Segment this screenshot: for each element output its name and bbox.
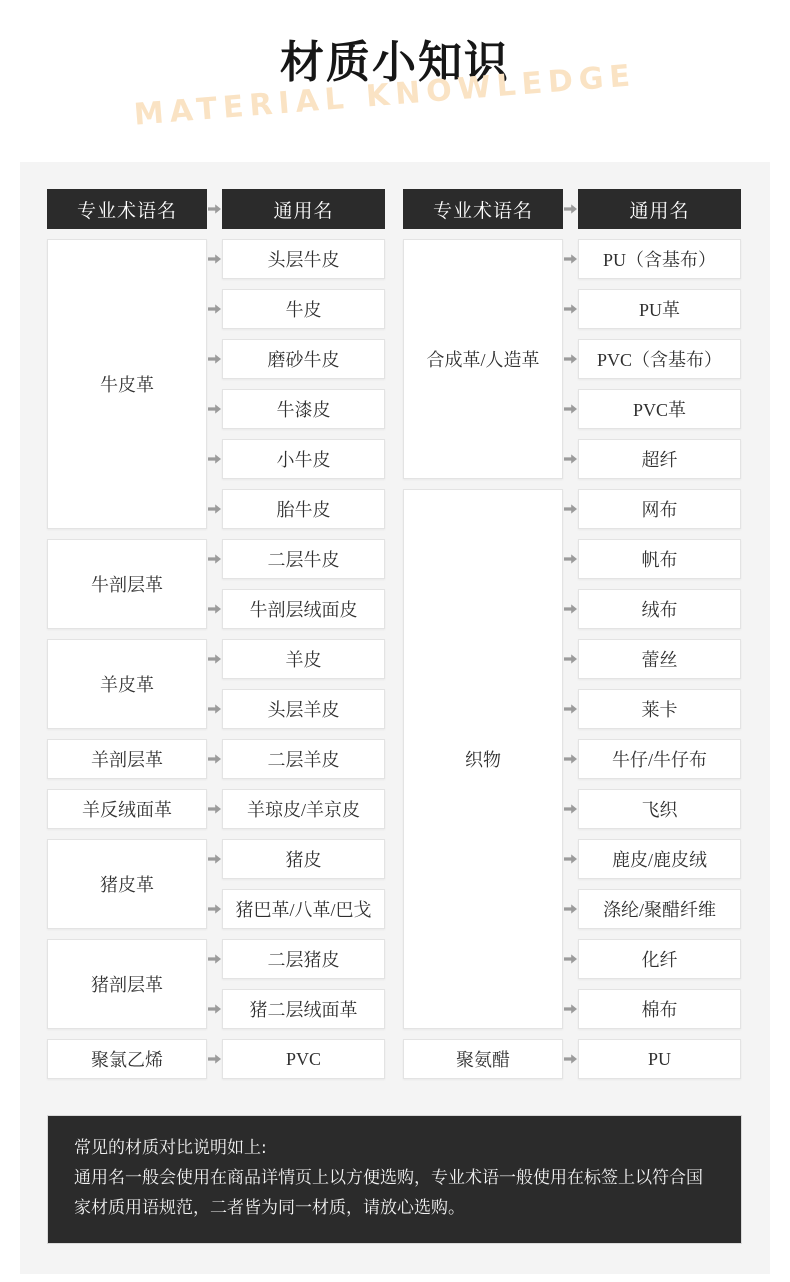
common-names-column: 网布帆布绒布蕾丝莱卡牛仔/牛仔布飞织鹿皮/鹿皮绒涤纶/聚醋纤维化纤棉布 (563, 489, 741, 1029)
arrow-right-icon (563, 1039, 578, 1079)
material-group: 牛剖层革二层牛皮牛剖层绒面皮 (47, 539, 385, 629)
header-term: 专业术语名 (403, 189, 563, 229)
material-group: 牛皮革头层牛皮牛皮磨砂牛皮牛漆皮小牛皮胎牛皮 (47, 239, 385, 529)
arrow-right-icon (564, 654, 577, 664)
arrow-right-icon (208, 804, 221, 814)
arrow-right-icon (564, 204, 577, 214)
arrow-right-icon (208, 1054, 221, 1064)
common-names-column: PU（含基布）PU革PVC（含基布）PVC革超纤 (563, 239, 741, 479)
arrow-right-icon (563, 589, 578, 629)
name-row: 头层羊皮 (207, 689, 385, 729)
common-name-cell: 棉布 (578, 989, 741, 1029)
arrow-right-icon (207, 239, 222, 279)
name-row: 莱卡 (563, 689, 741, 729)
name-row: 胎牛皮 (207, 489, 385, 529)
name-row: 羊皮 (207, 639, 385, 679)
arrow-right-icon (564, 954, 577, 964)
term-cell: 羊反绒面革 (47, 789, 207, 829)
material-group: 织物网布帆布绒布蕾丝莱卡牛仔/牛仔布飞织鹿皮/鹿皮绒涤纶/聚醋纤维化纤棉布 (403, 489, 741, 1029)
name-row: 牛仔/牛仔布 (563, 739, 741, 779)
left-groups: 牛皮革头层牛皮牛皮磨砂牛皮牛漆皮小牛皮胎牛皮牛剖层革二层牛皮牛剖层绒面皮羊皮革羊… (47, 239, 385, 1079)
table-pairs: 专业术语名 通用名 牛皮革头层牛皮牛皮磨砂牛皮牛漆皮小牛皮胎牛皮牛剖层革二层牛皮… (47, 189, 742, 1079)
arrow-right-icon (563, 689, 578, 729)
arrow-right-icon (208, 704, 221, 714)
common-name-cell: 牛皮 (222, 289, 385, 329)
name-row: 化纤 (563, 939, 741, 979)
arrow-right-icon (208, 904, 221, 914)
name-row: 牛漆皮 (207, 389, 385, 429)
term-cell: 聚氨醋 (403, 1039, 563, 1079)
note-line-1: 常见的材质对比说明如上: (74, 1134, 715, 1164)
common-name-cell: 鹿皮/鹿皮绒 (578, 839, 741, 879)
term-cell: 羊剖层革 (47, 739, 207, 779)
arrow-right-icon (563, 989, 578, 1029)
name-row: 磨砂牛皮 (207, 339, 385, 379)
common-name-cell: PVC（含基布） (578, 339, 741, 379)
common-name-cell: 小牛皮 (222, 439, 385, 479)
arrow-right-icon (207, 989, 222, 1029)
common-name-cell: 帆布 (578, 539, 741, 579)
arrow-right-icon (208, 654, 221, 664)
arrow-right-icon (207, 339, 222, 379)
name-row: 牛剖层绒面皮 (207, 589, 385, 629)
arrow-right-icon (564, 454, 577, 464)
term-cell: 合成革/人造革 (403, 239, 563, 479)
arrow-right-icon (208, 854, 221, 864)
name-row: 猪巴革/八革/巴戈 (207, 889, 385, 929)
name-row: PVC (207, 1039, 385, 1079)
common-name-cell: PU（含基布） (578, 239, 741, 279)
arrow-right-icon (563, 289, 578, 329)
header-term: 专业术语名 (47, 189, 207, 229)
arrow-right-icon (564, 854, 577, 864)
right-groups: 合成革/人造革PU（含基布）PU革PVC（含基布）PVC革超纤织物网布帆布绒布蕾… (403, 239, 741, 1079)
common-name-cell: 胎牛皮 (222, 489, 385, 529)
name-row: 帆布 (563, 539, 741, 579)
common-name-cell: 二层羊皮 (222, 739, 385, 779)
material-group: 猪剖层革二层猪皮猪二层绒面革 (47, 939, 385, 1029)
common-name-cell: 飞织 (578, 789, 741, 829)
arrow-right-icon (208, 954, 221, 964)
term-cell: 猪剖层革 (47, 939, 207, 1029)
arrow-right-icon (207, 639, 222, 679)
material-group: 羊皮革羊皮头层羊皮 (47, 639, 385, 729)
name-row: PU (563, 1039, 741, 1079)
common-name-cell: 头层羊皮 (222, 689, 385, 729)
arrow-right-icon (563, 389, 578, 429)
name-row: 小牛皮 (207, 439, 385, 479)
material-comparison-panel: 专业术语名 通用名 牛皮革头层牛皮牛皮磨砂牛皮牛漆皮小牛皮胎牛皮牛剖层革二层牛皮… (20, 162, 770, 1274)
left-header-row: 专业术语名 通用名 (47, 189, 385, 229)
name-row: 网布 (563, 489, 741, 529)
arrow-right-icon (564, 354, 577, 364)
arrow-right-icon (207, 589, 222, 629)
material-group: 羊反绒面革羊琼皮/羊京皮 (47, 789, 385, 829)
arrow-right-icon (563, 939, 578, 979)
arrow-right-icon (207, 289, 222, 329)
common-name-cell: 羊皮 (222, 639, 385, 679)
arrow-right-icon (207, 439, 222, 479)
arrow-right-icon (207, 189, 222, 229)
common-name-cell: PU革 (578, 289, 741, 329)
name-row: 羊琼皮/羊京皮 (207, 789, 385, 829)
common-name-cell: 牛剖层绒面皮 (222, 589, 385, 629)
common-name-cell: 牛漆皮 (222, 389, 385, 429)
note-box: 常见的材质对比说明如上: 通用名一般会使用在商品详情页上以方便选购，专业术语一般… (47, 1115, 742, 1244)
name-row: 二层牛皮 (207, 539, 385, 579)
term-cell: 猪皮革 (47, 839, 207, 929)
arrow-right-icon (208, 354, 221, 364)
common-name-cell: 羊琼皮/羊京皮 (222, 789, 385, 829)
name-row: PU（含基布） (563, 239, 741, 279)
common-name-cell: 猪皮 (222, 839, 385, 879)
arrow-right-icon (208, 454, 221, 464)
term-cell: 聚氯乙烯 (47, 1039, 207, 1079)
name-row: PU革 (563, 289, 741, 329)
arrow-right-icon (564, 254, 577, 264)
name-row: 猪皮 (207, 839, 385, 879)
arrow-right-icon (208, 604, 221, 614)
arrow-right-icon (564, 1004, 577, 1014)
common-name-cell: 莱卡 (578, 689, 741, 729)
arrow-right-icon (564, 904, 577, 914)
name-row: PVC革 (563, 389, 741, 429)
arrow-right-icon (207, 539, 222, 579)
arrow-right-icon (564, 1054, 577, 1064)
arrow-right-icon (563, 189, 578, 229)
arrow-right-icon (208, 554, 221, 564)
arrow-right-icon (208, 304, 221, 314)
material-group: 聚氨醋PU (403, 1039, 741, 1079)
common-name-cell: 绒布 (578, 589, 741, 629)
arrow-right-icon (207, 739, 222, 779)
arrow-right-icon (207, 489, 222, 529)
arrow-right-icon (207, 939, 222, 979)
common-name-cell: 涤纶/聚醋纤维 (578, 889, 741, 929)
arrow-right-icon (563, 239, 578, 279)
common-name-cell: 牛仔/牛仔布 (578, 739, 741, 779)
material-group: 猪皮革猪皮猪巴革/八革/巴戈 (47, 839, 385, 929)
arrow-right-icon (563, 539, 578, 579)
common-name-cell: 二层猪皮 (222, 939, 385, 979)
arrow-right-icon (208, 404, 221, 414)
name-row: 涤纶/聚醋纤维 (563, 889, 741, 929)
arrow-right-icon (207, 1039, 222, 1079)
note-line-2: 通用名一般会使用在商品详情页上以方便选购，专业术语一般使用在标签上以符合国家材质… (74, 1164, 715, 1224)
name-row: 二层羊皮 (207, 739, 385, 779)
common-name-cell: PU (578, 1039, 741, 1079)
common-name-cell: 网布 (578, 489, 741, 529)
arrow-right-icon (564, 304, 577, 314)
name-row: PVC（含基布） (563, 339, 741, 379)
name-row: 超纤 (563, 439, 741, 479)
common-names-column: 猪皮猪巴革/八革/巴戈 (207, 839, 385, 929)
arrow-right-icon (564, 504, 577, 514)
common-names-column: 羊琼皮/羊京皮 (207, 789, 385, 829)
arrow-right-icon (563, 439, 578, 479)
common-name-cell: 二层牛皮 (222, 539, 385, 579)
common-names-column: PU (563, 1039, 741, 1079)
arrow-right-icon (208, 754, 221, 764)
name-row: 鹿皮/鹿皮绒 (563, 839, 741, 879)
name-row: 棉布 (563, 989, 741, 1029)
name-row: 绒布 (563, 589, 741, 629)
common-names-column: 羊皮头层羊皮 (207, 639, 385, 729)
arrow-right-icon (208, 1004, 221, 1014)
material-group: 羊剖层革二层羊皮 (47, 739, 385, 779)
arrow-right-icon (564, 404, 577, 414)
term-cell: 牛皮革 (47, 239, 207, 529)
name-row: 蕾丝 (563, 639, 741, 679)
arrow-right-icon (564, 554, 577, 564)
name-row: 头层牛皮 (207, 239, 385, 279)
header-common: 通用名 (578, 189, 741, 229)
common-names-column: PVC (207, 1039, 385, 1079)
header-common: 通用名 (222, 189, 385, 229)
name-row: 猪二层绒面革 (207, 989, 385, 1029)
hero-header: 材质小知识 MATERIAL KNOWLEDGE (0, 0, 790, 162)
name-row: 飞织 (563, 789, 741, 829)
name-row: 牛皮 (207, 289, 385, 329)
common-names-column: 头层牛皮牛皮磨砂牛皮牛漆皮小牛皮胎牛皮 (207, 239, 385, 529)
common-names-column: 二层猪皮猪二层绒面革 (207, 939, 385, 1029)
right-table: 专业术语名 通用名 合成革/人造革PU（含基布）PU革PVC（含基布）PVC革超… (403, 189, 741, 1079)
material-group: 合成革/人造革PU（含基布）PU革PVC（含基布）PVC革超纤 (403, 239, 741, 479)
common-name-cell: 猪巴革/八革/巴戈 (222, 889, 385, 929)
common-name-cell: 蕾丝 (578, 639, 741, 679)
arrow-right-icon (563, 889, 578, 929)
material-group: 聚氯乙烯PVC (47, 1039, 385, 1079)
common-names-column: 二层羊皮 (207, 739, 385, 779)
right-header-row: 专业术语名 通用名 (403, 189, 741, 229)
common-name-cell: 头层牛皮 (222, 239, 385, 279)
arrow-right-icon (564, 704, 577, 714)
arrow-right-icon (563, 489, 578, 529)
arrow-right-icon (208, 204, 221, 214)
common-name-cell: 猪二层绒面革 (222, 989, 385, 1029)
arrow-right-icon (563, 789, 578, 829)
arrow-right-icon (207, 889, 222, 929)
term-cell: 织物 (403, 489, 563, 1029)
arrow-right-icon (207, 689, 222, 729)
common-name-cell: PVC (222, 1039, 385, 1079)
arrow-right-icon (564, 604, 577, 614)
term-cell: 牛剖层革 (47, 539, 207, 629)
arrow-right-icon (563, 839, 578, 879)
common-name-cell: 化纤 (578, 939, 741, 979)
arrow-right-icon (207, 389, 222, 429)
common-name-cell: 磨砂牛皮 (222, 339, 385, 379)
arrow-right-icon (563, 739, 578, 779)
arrow-right-icon (208, 254, 221, 264)
arrow-right-icon (563, 339, 578, 379)
term-cell: 羊皮革 (47, 639, 207, 729)
common-names-column: 二层牛皮牛剖层绒面皮 (207, 539, 385, 629)
common-name-cell: PVC革 (578, 389, 741, 429)
arrow-right-icon (207, 839, 222, 879)
common-name-cell: 超纤 (578, 439, 741, 479)
arrow-right-icon (563, 639, 578, 679)
arrow-right-icon (207, 789, 222, 829)
arrow-right-icon (208, 504, 221, 514)
name-row: 二层猪皮 (207, 939, 385, 979)
arrow-right-icon (564, 754, 577, 764)
arrow-right-icon (564, 804, 577, 814)
left-table: 专业术语名 通用名 牛皮革头层牛皮牛皮磨砂牛皮牛漆皮小牛皮胎牛皮牛剖层革二层牛皮… (47, 189, 385, 1079)
